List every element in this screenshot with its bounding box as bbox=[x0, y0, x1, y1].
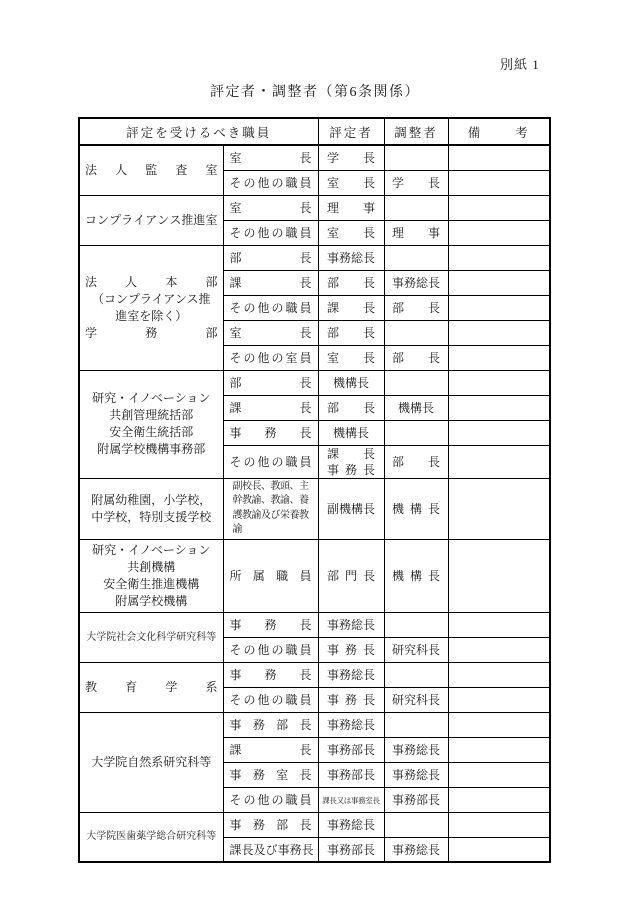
remarks-cell bbox=[448, 195, 550, 220]
table-row: 大学院医歯薬学総合研究科等事務部長事務総長 bbox=[79, 812, 550, 837]
remarks-cell bbox=[448, 370, 550, 395]
rater-cell: 部長 bbox=[318, 320, 384, 345]
position-cell: 事務部長 bbox=[223, 812, 318, 837]
adjuster-cell: 事務総長 bbox=[384, 837, 448, 862]
rater-cell: 事務総長 bbox=[318, 712, 384, 737]
adjuster-cell bbox=[384, 195, 448, 220]
table-row: 教育学系事務長事務総長 bbox=[79, 662, 550, 687]
position-cell: 副校長、教頭、主幹教諭、教諭、養護教諭及び栄養教諭 bbox=[223, 478, 318, 539]
position-cell: その他の室員 bbox=[223, 345, 318, 370]
rater-cell: 事務総長 bbox=[318, 612, 384, 637]
adjuster-cell: 事務総長 bbox=[384, 762, 448, 787]
header-rater: 評定者 bbox=[318, 118, 384, 145]
position-cell: その他の職員 bbox=[223, 787, 318, 812]
position-cell: 課長 bbox=[223, 737, 318, 762]
header-staff: 評定を受けるべき職員 bbox=[79, 118, 318, 145]
remarks-cell bbox=[448, 787, 550, 812]
adjuster-cell bbox=[384, 712, 448, 737]
remarks-cell bbox=[448, 812, 550, 837]
page-title: 評定者・調整者（第6条関係） bbox=[0, 81, 630, 101]
rater-cell: 学長 bbox=[318, 145, 384, 170]
header-adjuster: 調整者 bbox=[384, 118, 448, 145]
remarks-cell bbox=[448, 270, 550, 295]
remarks-cell bbox=[448, 737, 550, 762]
position-cell: 事務長 bbox=[223, 612, 318, 637]
table-row: コンプライアンス推進室室長理事 bbox=[79, 195, 550, 220]
group-cell: 研究・イノベーション共創管理統括部安全衛生統括部附属学校機構事務部 bbox=[79, 370, 223, 478]
position-cell: 部長 bbox=[223, 370, 318, 395]
position-cell: 課長及び事務長 bbox=[223, 837, 318, 862]
header-remarks-label: 備考 bbox=[468, 123, 530, 141]
position-cell: その他の職員 bbox=[223, 687, 318, 712]
rater-cell: 課長事務長 bbox=[318, 445, 384, 478]
rater-cell: 部長 bbox=[318, 395, 384, 420]
position-cell: その他の職員 bbox=[223, 445, 318, 478]
rater-cell: 事務総長 bbox=[318, 662, 384, 687]
remarks-cell bbox=[448, 220, 550, 245]
rater-cell: 事務長 bbox=[318, 637, 384, 662]
remarks-cell bbox=[448, 837, 550, 862]
table-row: 附属幼稚園，小学校，中学校，特別支援学校副校長、教頭、主幹教諭、教諭、養護教諭及… bbox=[79, 478, 550, 539]
rater-cell: 事務部長 bbox=[318, 737, 384, 762]
remarks-cell bbox=[448, 637, 550, 662]
position-cell: 事務長 bbox=[223, 420, 318, 445]
remarks-cell bbox=[448, 320, 550, 345]
rater-cell: 室長 bbox=[318, 170, 384, 195]
adjuster-cell bbox=[384, 145, 448, 170]
remarks-cell bbox=[448, 295, 550, 320]
remarks-cell bbox=[448, 445, 550, 478]
table-row: 研究・イノベーション共創管理統括部安全衛生統括部附属学校機構事務部部長機構長 bbox=[79, 370, 550, 395]
adjuster-cell bbox=[384, 812, 448, 837]
remarks-cell bbox=[448, 420, 550, 445]
position-cell: 課長 bbox=[223, 395, 318, 420]
attachment-label: 別紙 1 bbox=[500, 54, 540, 73]
adjuster-cell: 事務総長 bbox=[384, 270, 448, 295]
table-row: 研究・イノベーション共創機構安全衛生推進機構附属学校機構所属職員部門長機構長 bbox=[79, 539, 550, 612]
remarks-cell bbox=[448, 170, 550, 195]
rater-cell: 部長 bbox=[318, 270, 384, 295]
adjuster-cell bbox=[384, 245, 448, 270]
remarks-cell bbox=[448, 539, 550, 612]
position-cell: その他の職員 bbox=[223, 295, 318, 320]
rater-cell: 事務部長 bbox=[318, 762, 384, 787]
rater-cell: 室長 bbox=[318, 220, 384, 245]
header-remarks: 備考 bbox=[448, 118, 550, 145]
adjuster-cell: 理事 bbox=[384, 220, 448, 245]
position-cell: その他の職員 bbox=[223, 220, 318, 245]
adjuster-cell: 事務総長 bbox=[384, 737, 448, 762]
remarks-cell bbox=[448, 712, 550, 737]
adjuster-cell bbox=[384, 420, 448, 445]
remarks-cell bbox=[448, 687, 550, 712]
remarks-cell bbox=[448, 345, 550, 370]
table-row: 大学院自然系研究科等事務部長事務総長 bbox=[79, 712, 550, 737]
position-cell: 室長 bbox=[223, 195, 318, 220]
group-cell: 附属幼稚園，小学校，中学校，特別支援学校 bbox=[79, 478, 223, 539]
position-cell: その他の職員 bbox=[223, 170, 318, 195]
header-row: 評定を受けるべき職員 評定者 調整者 備考 bbox=[79, 118, 550, 145]
position-cell: 室長 bbox=[223, 145, 318, 170]
rater-cell: 事務部長 bbox=[318, 837, 384, 862]
adjuster-cell bbox=[384, 370, 448, 395]
position-cell: 室長 bbox=[223, 320, 318, 345]
rater-cell: 事務総長 bbox=[318, 245, 384, 270]
remarks-cell bbox=[448, 245, 550, 270]
rater-cell: 室長 bbox=[318, 345, 384, 370]
position-cell: 事務室長 bbox=[223, 762, 318, 787]
remarks-cell bbox=[448, 478, 550, 539]
adjuster-cell: 部長 bbox=[384, 445, 448, 478]
adjuster-cell: 研究科長 bbox=[384, 637, 448, 662]
evaluators-table: 評定を受けるべき職員 評定者 調整者 備考 法人監査室室長学長その他の職員室長学… bbox=[78, 117, 551, 863]
remarks-cell bbox=[448, 145, 550, 170]
adjuster-cell: 事務部長 bbox=[384, 787, 448, 812]
adjuster-cell: 部長 bbox=[384, 295, 448, 320]
group-cell: 大学院社会文化科学研究科等 bbox=[79, 612, 223, 662]
remarks-cell bbox=[448, 612, 550, 637]
group-cell: 大学院自然系研究科等 bbox=[79, 712, 223, 812]
position-cell: その他の職員 bbox=[223, 637, 318, 662]
adjuster-cell bbox=[384, 612, 448, 637]
rater-cell: 機構長 bbox=[318, 370, 384, 395]
rater-cell: 事務総長 bbox=[318, 812, 384, 837]
position-cell: 事務部長 bbox=[223, 712, 318, 737]
position-cell: 所属職員 bbox=[223, 539, 318, 612]
adjuster-cell: 機構長 bbox=[384, 395, 448, 420]
group-cell: 研究・イノベーション共創機構安全衛生推進機構附属学校機構 bbox=[79, 539, 223, 612]
adjuster-cell: 機構長 bbox=[384, 478, 448, 539]
group-cell: 法人本部（コンプライアンス推進室を除く）学務部 bbox=[79, 245, 223, 370]
table-row: 大学院社会文化科学研究科等事務長事務総長 bbox=[79, 612, 550, 637]
group-cell: 大学院医歯薬学総合研究科等 bbox=[79, 812, 223, 862]
rater-cell: 部門長 bbox=[318, 539, 384, 612]
remarks-cell bbox=[448, 762, 550, 787]
adjuster-cell bbox=[384, 320, 448, 345]
rater-cell: 副機構長 bbox=[318, 478, 384, 539]
rater-cell: 理事 bbox=[318, 195, 384, 220]
adjuster-cell: 部長 bbox=[384, 345, 448, 370]
group-cell: コンプライアンス推進室 bbox=[79, 195, 223, 245]
rater-cell: 課長又は事務室長 bbox=[318, 787, 384, 812]
remarks-cell bbox=[448, 395, 550, 420]
position-cell: 課長 bbox=[223, 270, 318, 295]
rater-cell: 機構長 bbox=[318, 420, 384, 445]
adjuster-cell bbox=[384, 662, 448, 687]
adjuster-cell: 学長 bbox=[384, 170, 448, 195]
document-page: 別紙 1 評定者・調整者（第6条関係） 評定を受けるべき職員 評定者 調整者 備… bbox=[0, 0, 630, 903]
adjuster-cell: 研究科長 bbox=[384, 687, 448, 712]
position-cell: 部長 bbox=[223, 245, 318, 270]
position-cell: 事務長 bbox=[223, 662, 318, 687]
table-row: 法人本部（コンプライアンス推進室を除く）学務部部長事務総長 bbox=[79, 245, 550, 270]
rater-cell: 課長 bbox=[318, 295, 384, 320]
remarks-cell bbox=[448, 662, 550, 687]
group-cell: 教育学系 bbox=[79, 662, 223, 712]
group-cell: 法人監査室 bbox=[79, 145, 223, 195]
adjuster-cell: 機構長 bbox=[384, 539, 448, 612]
table-row: 法人監査室室長学長 bbox=[79, 145, 550, 170]
rater-cell: 事務長 bbox=[318, 687, 384, 712]
